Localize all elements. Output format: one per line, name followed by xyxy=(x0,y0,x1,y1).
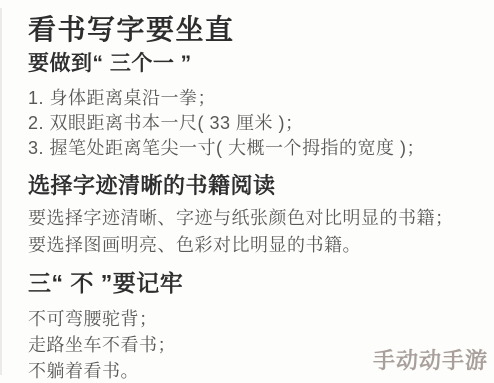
body-line: 要选择图画明亮、色彩对比明显的书籍。 xyxy=(28,232,486,259)
list-item: 3. 握笔处距离笔尖一寸( 大概一个拇指的宽度 )； xyxy=(28,136,486,161)
left-edge-shadow xyxy=(0,8,2,375)
body-line: 要选择字迹清晰、字迹与纸张颜色对比明显的书籍； xyxy=(28,205,486,232)
body-line: 不可弯腰驼背； xyxy=(28,306,486,332)
page-title: 看书写字要坐直 xyxy=(28,13,486,47)
document-page: 看书写字要坐直 要做到“ 三个一 ” 1. 身体距离桌沿一拳； 2. 双眼距离书… xyxy=(0,0,494,383)
section-heading-clear-print-books: 选择字迹清晰的书籍阅读 xyxy=(28,172,486,201)
document-content: 看书写字要坐直 要做到“ 三个一 ” 1. 身体距离桌沿一拳； 2. 双眼距离书… xyxy=(28,13,486,383)
section-clear-print-books: 选择字迹清晰的书籍阅读 要选择字迹清晰、字迹与纸张颜色对比明显的书籍； 要选择图… xyxy=(28,172,486,260)
list-item: 1. 身体距离桌沿一拳； xyxy=(28,86,486,111)
list-item: 2. 双眼距离书本一尺( 33 厘米 )； xyxy=(28,111,486,136)
section-three-ones: 要做到“ 三个一 ” 1. 身体距离桌沿一拳； 2. 双眼距离书本一尺( 33 … xyxy=(28,50,486,161)
section-heading-three-ones: 要做到“ 三个一 ” xyxy=(28,50,486,77)
section-heading-three-donts: 三“ 不 ”要记牢 xyxy=(28,269,486,299)
watermark: 手动动手游 xyxy=(373,344,488,375)
